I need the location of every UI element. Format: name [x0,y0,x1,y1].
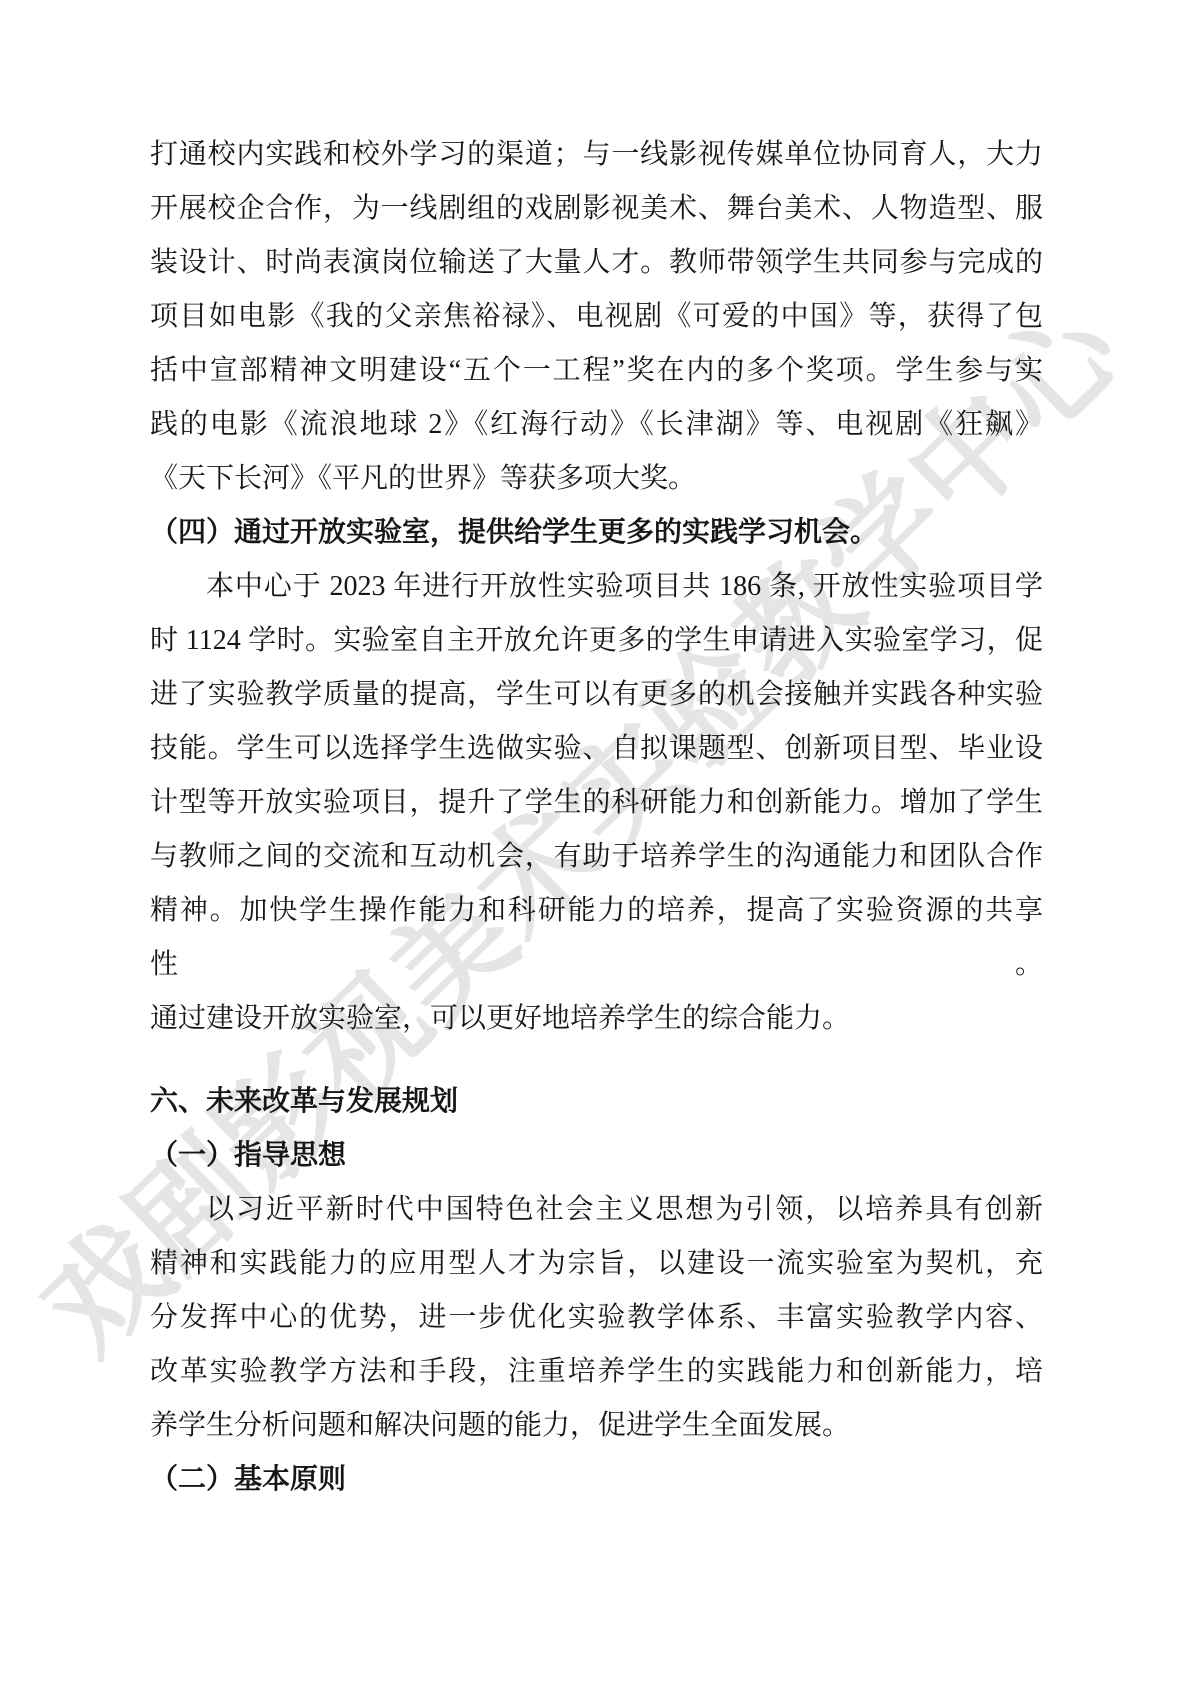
text-line: 括中宣部精神文明建设“五个一工程”奖在内的多个奖项。学生参与实 [150,344,1043,398]
section-heading: 六、未来改革与发展规划 [150,1075,1043,1129]
section-heading: （四）通过开放实验室，提供给学生更多的实践学习机会。 [150,506,1043,560]
text-line: 践的电影《流浪地球 2》《红海行动》《长津湖》等、电视剧《狂飙》 [150,398,1043,452]
text-line: 养学生分析问题和解决问题的能力，促进学生全面发展。 [150,1399,1043,1453]
text-line: 《天下长河》《平凡的世界》等获多项大奖。 [150,452,1043,506]
text-line: 计型等开放实验项目，提升了学生的科研能力和创新能力。增加了学生 [150,776,1043,830]
document-page: { "document": { "watermark": "戏剧影视美术实验教学… [0,0,1190,1685]
text-line: 与教师之间的交流和互动机会，有助于培养学生的沟通能力和团队合作 [150,830,1043,884]
text-line: 装设计、时尚表演岗位输送了大量人才。教师带领学生共同参与完成的 [150,236,1043,290]
text-line: 以习近平新时代中国特色社会主义思想为引领，以培养具有创新 [150,1183,1043,1237]
page-background: 戏剧影视美术实验教学中心 打通校内实践和校外学习的渠道；与一线影视传媒单位协同育… [0,0,1190,1685]
document-body: 打通校内实践和校外学习的渠道；与一线影视传媒单位协同育人，大力 开展校企合作，为… [150,128,1043,1507]
text-line: 分发挥中心的优势，进一步优化实验教学体系、丰富实验教学内容、 [150,1291,1043,1345]
text-line: 打通校内实践和校外学习的渠道；与一线影视传媒单位协同育人，大力 [150,128,1043,182]
section-heading: （二）基本原则 [150,1453,1043,1507]
text-line: 项目如电影《我的父亲焦裕禄》、电视剧《可爱的中国》等，获得了包 [150,290,1043,344]
section-heading: （一）指导思想 [150,1129,1043,1183]
text-line: 通过建设开放实验室，可以更好地培养学生的综合能力。 [150,992,1043,1046]
text-line: 本中心于 2023 年进行开放性实验项目共 186 条, 开放性实验项目学 [150,560,1043,614]
text-line: 精神和实践能力的应用型人才为宗旨，以建设一流实验室为契机，充 [150,1237,1043,1291]
text-line: 技能。学生可以选择学生选做实验、自拟课题型、创新项目型、毕业设 [150,722,1043,776]
text-line: 改革实验教学方法和手段，注重培养学生的实践能力和创新能力，培 [150,1345,1043,1399]
text-line: 进了实验教学质量的提高，学生可以有更多的机会接触并实践各种实验 [150,668,1043,722]
text-line: 时 1124 学时。实验室自主开放允许更多的学生申请进入实验室学习，促 [150,614,1043,668]
text-line: 精神。加快学生操作能力和科研能力的培养，提高了实验资源的共享性。 [150,884,1043,992]
text-line: 开展校企合作，为一线剧组的戏剧影视美术、舞台美术、人物造型、服 [150,182,1043,236]
